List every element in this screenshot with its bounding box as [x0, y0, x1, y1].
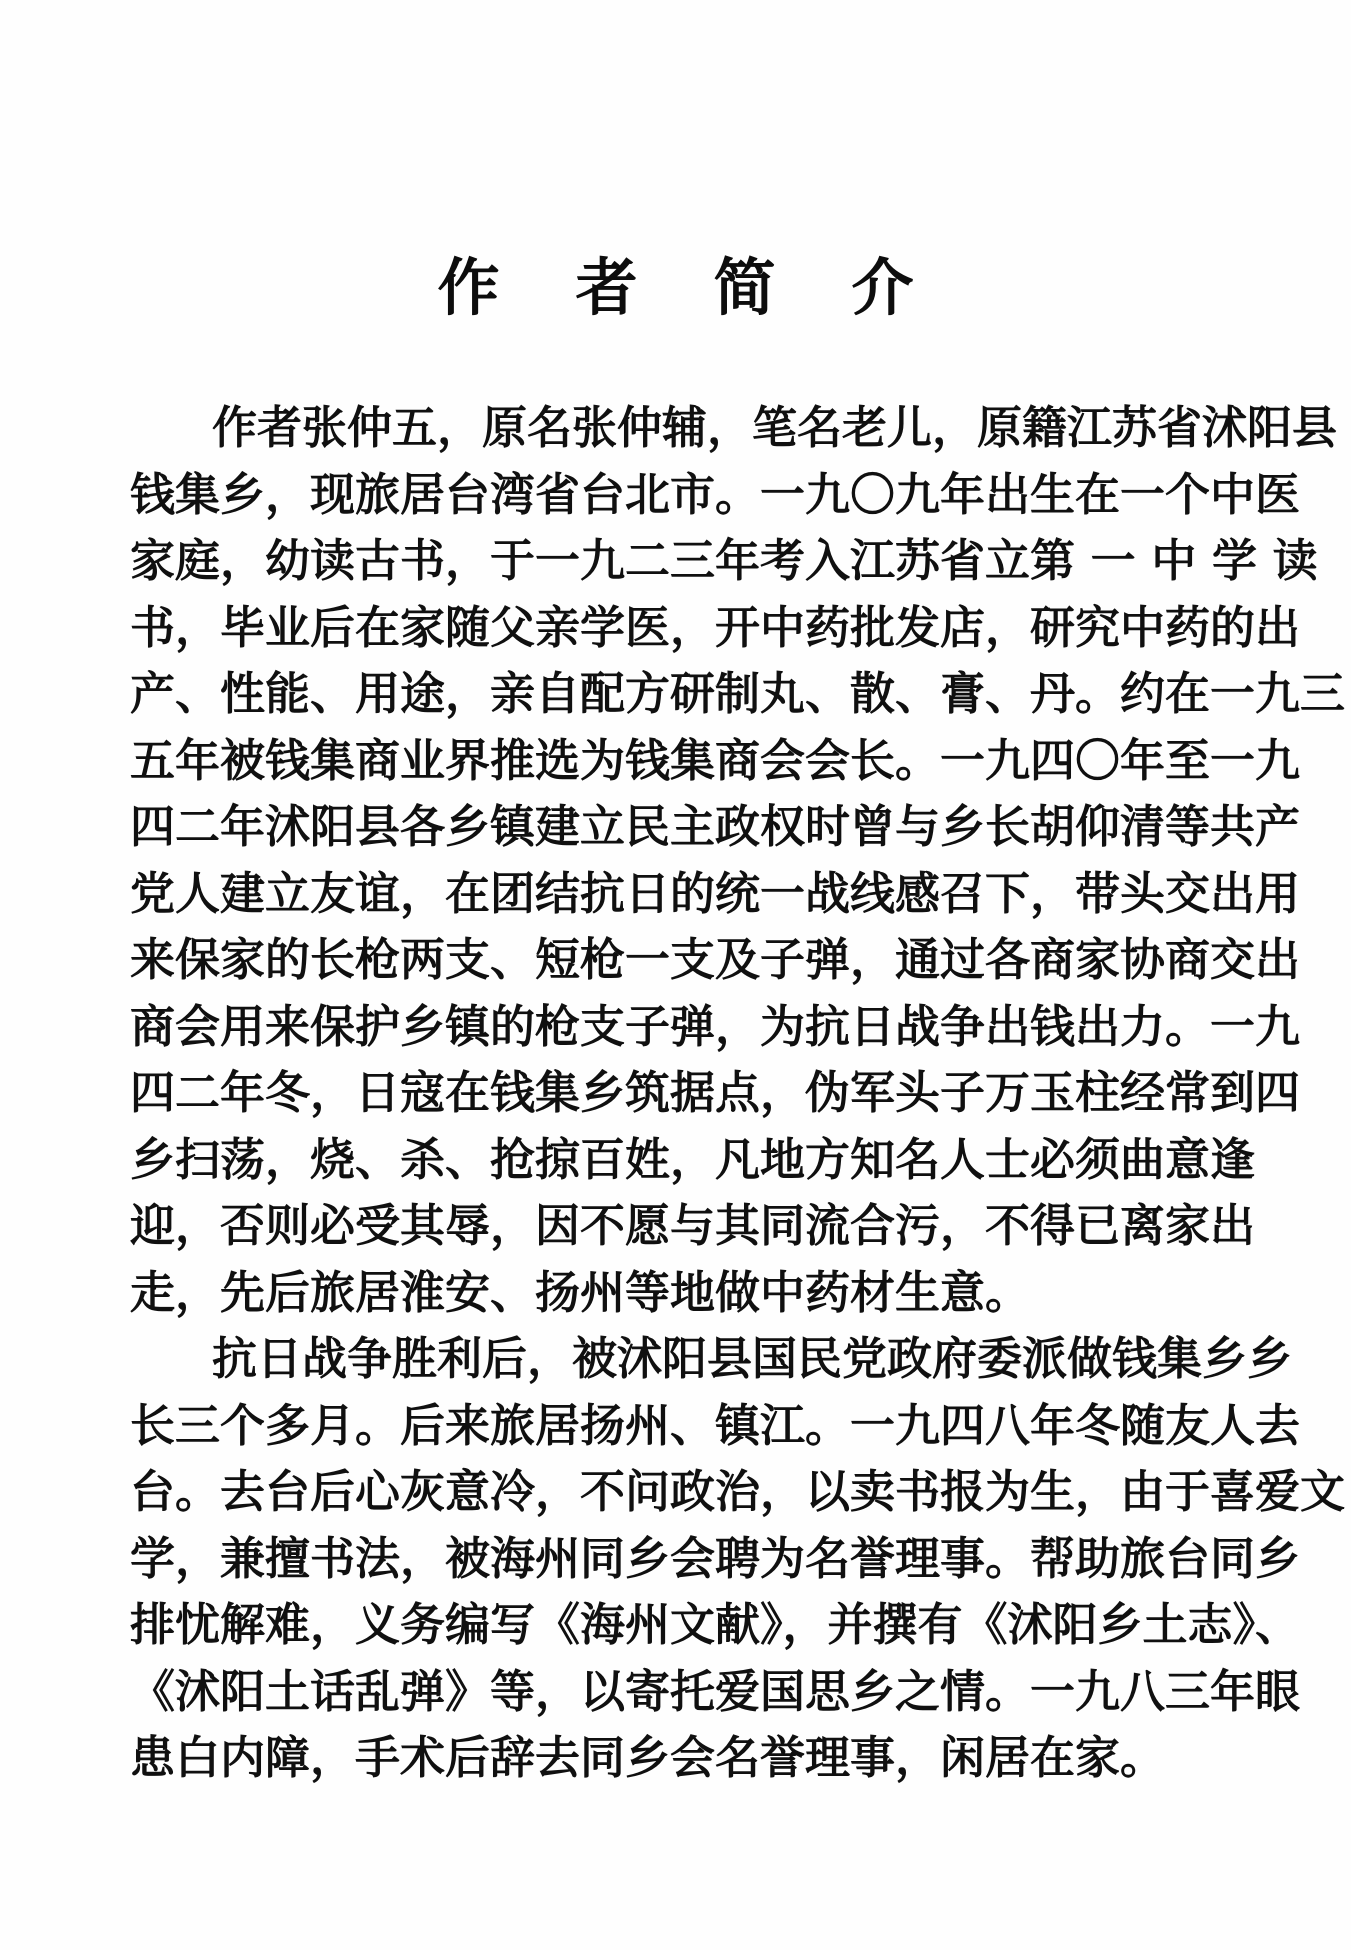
text-line: 四二年沭阳县各乡镇建立民主政权时曾与乡长胡仰清等共产 [130, 794, 1225, 861]
text-line: 来保家的长枪两支、短枪一支及子弹，通过各商家协商交出 [130, 927, 1225, 994]
title-char: 者 [575, 248, 637, 328]
text-line: 商会用来保护乡镇的枪支子弹，为抗日战争出钱出力。一九 [130, 994, 1225, 1061]
text-line: 四二年冬，日寇在钱集乡筑据点，伪军头子万玉柱经常到四 [130, 1060, 1225, 1127]
text-line: 书，毕业后在家随父亲学医，开中药批发店，研究中药的出 [130, 595, 1225, 662]
page-title: 作者简介 [0, 248, 1351, 328]
text-line: 乡扫荡，烧、杀、抢掠百姓，凡地方知名人士必须曲意逢 [130, 1127, 1225, 1194]
text-line: 作者张仲五，原名张仲辅，笔名老儿，原籍江苏省沭阳县 [130, 395, 1225, 462]
title-char: 介 [852, 248, 914, 328]
body-text: 作者张仲五，原名张仲辅，笔名老儿，原籍江苏省沭阳县 钱集乡，现旅居台湾省台北市。… [130, 395, 1225, 1792]
text-line: 患白内障，手术后辞去同乡会名誉理事，闲居在家。 [130, 1725, 1225, 1792]
text-line: 长三个多月。后来旅居扬州、镇江。一九四八年冬随友人去 [130, 1393, 1225, 1460]
text-line: 党人建立友谊，在团结抗日的统一战线感召下，带头交出用 [130, 861, 1225, 928]
text-line: 五年被钱集商业界推选为钱集商会会长。一九四〇年至一九 [130, 728, 1225, 795]
paragraph-2: 抗日战争胜利后，被沭阳县国民党政府委派做钱集乡乡 长三个多月。后来旅居扬州、镇江… [130, 1326, 1225, 1792]
text-line: 产、性能、用途，亲自配方研制丸、散、膏、丹。约在一九三 [130, 661, 1225, 728]
text-line: 抗日战争胜利后，被沭阳县国民党政府委派做钱集乡乡 [130, 1326, 1225, 1393]
text-line: 《沭阳土话乱弹》等，以寄托爱国思乡之情。一九八三年眼 [130, 1659, 1225, 1726]
book-page: 作者简介 作者张仲五，原名张仲辅，笔名老儿，原籍江苏省沭阳县 钱集乡，现旅居台湾… [0, 0, 1351, 1950]
text-line: 排忧解难，义务编写《海州文献》，并撰有《沭阳乡土志》、 [130, 1592, 1225, 1659]
title-char: 简 [714, 248, 776, 328]
text-line: 迎，否则必受其辱，因不愿与其同流合污，不得已离家出 [130, 1193, 1225, 1260]
paragraph-1: 作者张仲五，原名张仲辅，笔名老儿，原籍江苏省沭阳县 钱集乡，现旅居台湾省台北市。… [130, 395, 1225, 1326]
text-line: 学，兼擅书法，被海州同乡会聘为名誉理事。帮助旅台同乡 [130, 1526, 1225, 1593]
title-char: 作 [437, 248, 499, 328]
text-line: 家庭，幼读古书，于一九二三年考入江苏省立第 一 中 学 读 [130, 528, 1225, 595]
text-line: 走，先后旅居淮安、扬州等地做中药材生意。 [130, 1260, 1225, 1327]
text-line: 台。去台后心灰意冷，不问政治，以卖书报为生，由于喜爱文 [130, 1459, 1225, 1526]
text-line: 钱集乡，现旅居台湾省台北市。一九〇九年出生在一个中医 [130, 462, 1225, 529]
